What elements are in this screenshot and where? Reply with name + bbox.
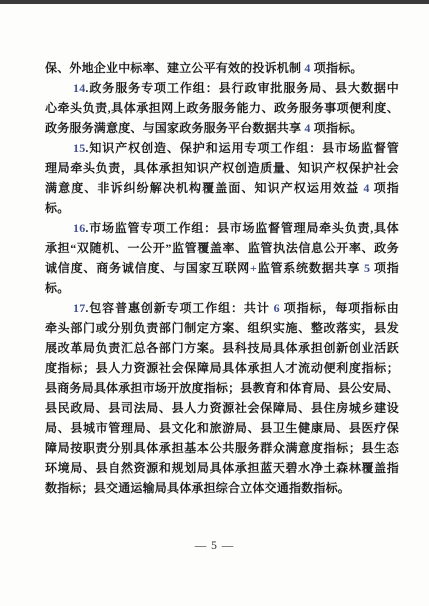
- page-footer: — 5 —: [0, 540, 429, 552]
- text-line: 15.知识产权创造、保护和运用专项工作组：县市场监督管: [45, 138, 399, 158]
- metric-number: 15: [73, 141, 85, 155]
- text-line: 17.包容普惠创新专项工作组：共计 6 项指标，每项指标由: [45, 298, 399, 318]
- text-line: 14.政务服务专项工作组：县行政审批服务局、县大数据中: [45, 78, 399, 98]
- metric-number: +: [250, 261, 257, 275]
- text-line: 政务服务满意度、与国家政务服务平台数据共享 4 项指标。: [45, 118, 399, 138]
- text-line: 度指标；县人力资源社会保障局具体承担人才流动便利度指标；: [45, 358, 399, 378]
- metric-number: 16: [73, 221, 85, 235]
- text-line: 理局牵头负责，具体承担知识产权创造质量、知识产权保护社会: [45, 158, 399, 178]
- metric-number: 17: [73, 301, 85, 315]
- text-line: 标。: [45, 278, 399, 298]
- document-body: 保、外地企业中标率、建立公平有效的投诉机制 4 项指标。14.政务服务专项工作组…: [45, 58, 399, 498]
- metric-number: 6: [274, 301, 280, 315]
- text-line: 诚信度、商务诚信度、与国家互联网+监管系统数据共享 5 项指: [45, 258, 399, 278]
- text-line: 障局按职责分别具体承担基本公共服务群众满意度指标；县生态: [45, 438, 399, 458]
- text-line: 牵头部门或分别负责部门制定方案、组织实施、整改落实，县发: [45, 318, 399, 338]
- document-page: 保、外地企业中标率、建立公平有效的投诉机制 4 项指标。14.政务服务专项工作组…: [0, 0, 429, 606]
- metric-number: 4: [363, 181, 369, 195]
- text-line: 展改革局负责汇总各部门方案。县科技局具体承担创新创业活跃: [45, 338, 399, 358]
- metric-number: 4: [304, 61, 310, 75]
- text-line: 保、外地企业中标率、建立公平有效的投诉机制 4 项指标。: [45, 58, 399, 78]
- text-line: 数指标；县交通运输局具体承担综合立体交通指数指标。: [45, 478, 399, 498]
- metric-number: 14: [73, 81, 85, 95]
- page-number: — 5 —: [195, 540, 235, 552]
- text-line: 环境局、县自然资源和规划局具体承担蓝天碧水净土森林覆盖指: [45, 458, 399, 478]
- metric-number: 5: [364, 261, 370, 275]
- text-line: 县商务局具体承担市场开放度指标；县教育和体育局、县公安局、: [45, 378, 399, 398]
- text-line: 承担“双随机、一公开”监管覆盖率、监管执法信息公开率、政务: [45, 238, 399, 258]
- metric-number: 4: [304, 121, 310, 135]
- text-line: 县民政局、县司法局、县人力资源社会保障局、县住房城乡建设: [45, 398, 399, 418]
- text-line: 16.市场监管专项工作组：县市场监督管理局牵头负责,具体: [45, 218, 399, 238]
- text-line: 局、县城市管理局、县文化和旅游局、县卫生健康局、县医疗保: [45, 418, 399, 438]
- page-top-edge: [0, 0, 429, 4]
- text-line: 心牵头负责,具体承担网上政务服务能力、政务服务事项便利度、: [45, 98, 399, 118]
- text-line: 满意度、非诉纠纷解决机构覆盖面、知识产权运用效益 4 项指标。: [45, 178, 399, 218]
